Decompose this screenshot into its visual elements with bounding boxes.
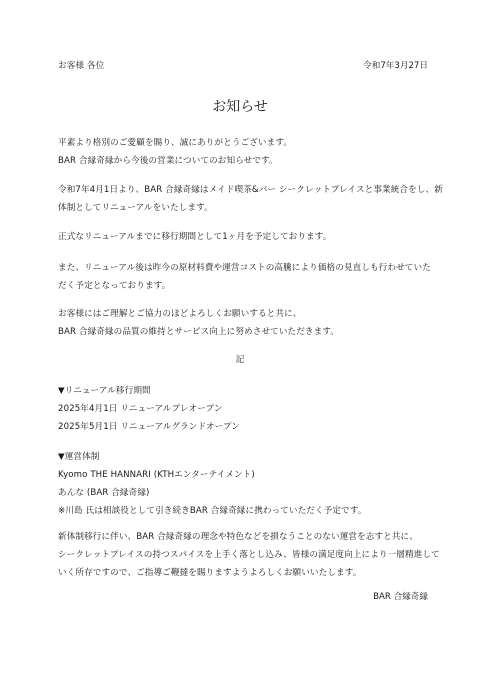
ki-marker: 記 (0, 354, 480, 366)
paragraph-merger-line-2: 体制としてリニューアルをいたします。 (58, 202, 213, 214)
renewal-period-item: 2025年4月1日 リニューアルプレオープン (58, 403, 223, 415)
closing-line-1: 新体制移行に伴い、BAR 合縁奇縁の理念や特色などを損なうことのない運営を志すと… (58, 531, 418, 543)
paragraph-merger-line-1: 令和7年4月1日より、BAR 合縁奇縁はメイド喫茶&バー シークレットプレイスと… (58, 184, 443, 196)
renewal-period-item: 2025年5月1日 リニューアルグランドオープン (58, 421, 240, 433)
signature: BAR 合縁奇縁 (373, 591, 428, 603)
closing-line-2: シークレットプレイスの持つスパイスを上手く落とし込み、皆様の満足度向上により一層… (58, 549, 440, 561)
document-title: お知らせ (0, 98, 480, 116)
paragraph-greeting-line-2: BAR 合縁奇縁から今後の営業についてのお知らせです。 (58, 155, 278, 167)
closing-line-3: いく所存ですので、ご指導ご鞭撻を賜りますようよろしくお願いいたします。 (58, 567, 361, 579)
management-item: あんな (BAR 合縁奇縁) (58, 487, 149, 499)
paragraph-request-line-2: BAR 合縁奇縁の品質の維持とサービス向上に努めさせていただきます。 (58, 326, 339, 338)
paragraph-transition: 正式なリニューアルまでに移行期間として1ヶ月を予定しております。 (58, 231, 331, 243)
addressee: お客様 各位 (58, 60, 104, 72)
paragraph-request-line-1: お客様にはご理解とご協力のほどよろしくお願いすると共に、 (58, 308, 301, 320)
notice-document: お客様 各位 令和7年3月27日 お知らせ 平素より格別のご愛顧を賜り、誠にあり… (0, 0, 480, 678)
management-heading: ▼運営体制 (58, 451, 99, 463)
paragraph-pricing-line-2: だく予定となっております。 (58, 280, 170, 292)
management-note: ※川島 氏は相談役として引き続きBAR 合縁奇縁に携わっていただく予定です。 (58, 505, 366, 517)
renewal-period-heading: ▼リニューアル移行期間 (58, 385, 151, 397)
document-date: 令和7年3月27日 (363, 60, 428, 72)
management-item: Kyomo THE HANNARI (KTHエンターテイメント) (58, 469, 255, 481)
paragraph-greeting-line-1: 平素より格別のご愛顧を賜り、誠にありがとうございます。 (58, 137, 292, 149)
paragraph-pricing-line-1: また、リニューアル後は昨今の原材料費や運営コストの高騰により価格の見直しも行わせ… (58, 262, 431, 274)
